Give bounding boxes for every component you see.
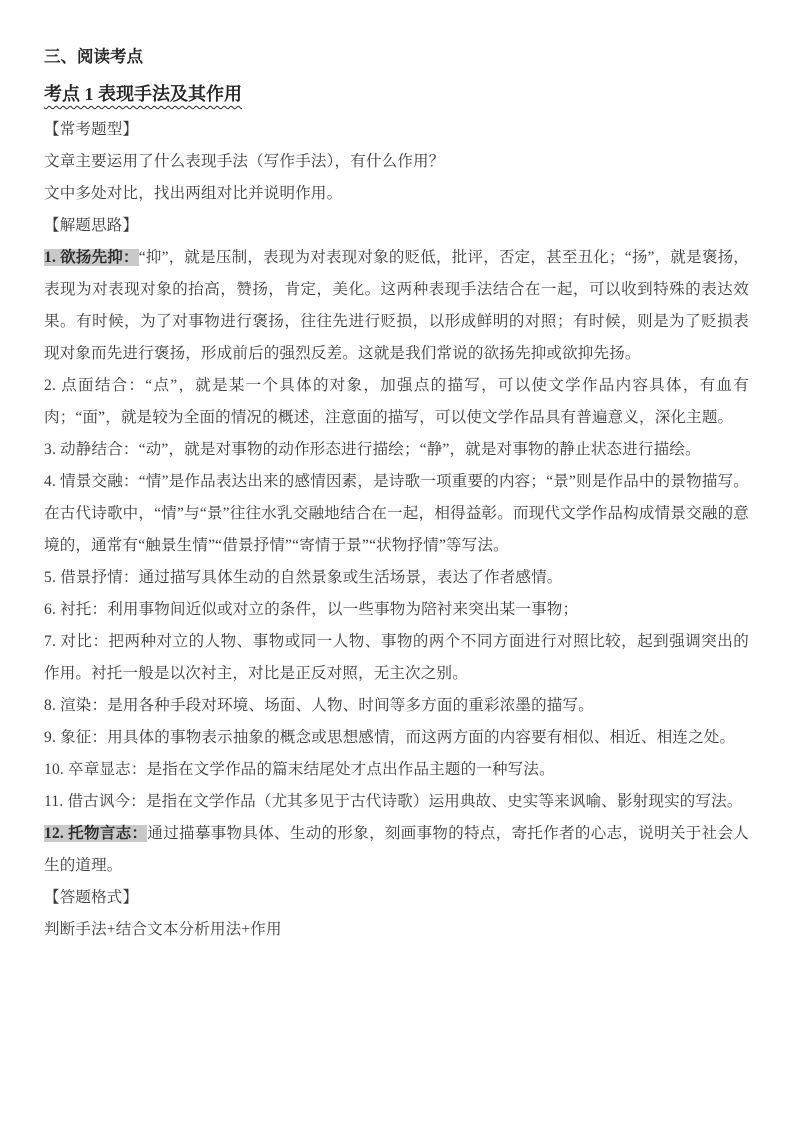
technique-item-5: 5. 借景抒情：通过描写具体生动的自然景象或生活场景，表达了作者感情。 bbox=[44, 562, 749, 594]
document-page: 三、阅读考点 考点 1 表现手法及其作用 【常考题型】 文章主要运用了什么表现手… bbox=[0, 0, 793, 1122]
technique-desc-9: 用具体的事物表示抽象的概念或思想感情，而这两方面的内容要有相似、相近、相连之处。 bbox=[107, 729, 735, 746]
technique-desc-3: “动”，就是对事物的动作形态进行描绘；“静”，就是对事物的静止状态进行描绘。 bbox=[139, 441, 701, 458]
technique-desc-4: “情”是作品表达出来的感情因素，是诗歌一项重要的内容；“景”则是作品中的景物描写… bbox=[44, 473, 749, 554]
technique-term-2: 2. 点面结合： bbox=[44, 377, 145, 394]
technique-desc-8: 是用各种手段对环境、场面、人物、时间等多方面的重彩浓墨的描写。 bbox=[107, 697, 594, 714]
technique-term-12: 12. 托物言志： bbox=[44, 825, 147, 842]
technique-desc-6: 利用事物间近似或对立的条件，以一些事物为陪衬来突出某一事物； bbox=[107, 601, 578, 618]
technique-term-6: 6. 衬托： bbox=[44, 601, 107, 618]
technique-item-4: 4. 情景交融：“情”是作品表达出来的感情因素，是诗歌一项重要的内容；“景”则是… bbox=[44, 466, 749, 562]
technique-item-8: 8. 渲染：是用各种手段对环境、场面、人物、时间等多方面的重彩浓墨的描写。 bbox=[44, 690, 749, 722]
technique-term-3: 3. 动静结合： bbox=[44, 441, 139, 458]
technique-term-1: 1. 欲扬先抑： bbox=[44, 249, 139, 266]
answer-format-label: 【答题格式】 bbox=[44, 882, 749, 914]
technique-item-9: 9. 象征：用具体的事物表示抽象的概念或思想感情，而这两方面的内容要有相似、相近… bbox=[44, 722, 749, 754]
section-heading: 三、阅读考点 bbox=[44, 40, 749, 74]
technique-item-6: 6. 衬托：利用事物间近似或对立的条件，以一些事物为陪衬来突出某一事物； bbox=[44, 594, 749, 626]
topic-heading-text: 考点 1 表现手法及其作用 bbox=[44, 84, 242, 104]
technique-item-12: 12. 托物言志：通过描摹事物具体、生动的形象，刻画事物的特点，寄托作者的心志，… bbox=[44, 818, 749, 882]
technique-term-9: 9. 象征： bbox=[44, 729, 107, 746]
solving-approach-label: 【解题思路】 bbox=[44, 210, 749, 242]
common-question-types-label: 【常考题型】 bbox=[44, 114, 749, 146]
technique-item-3: 3. 动静结合：“动”，就是对事物的动作形态进行描绘；“静”，就是对事物的静止状… bbox=[44, 434, 749, 466]
answer-format-text: 判断手法+结合文本分析用法+作用 bbox=[44, 914, 749, 946]
technique-desc-2: “点”，就是某一个具体的对象，加强点的描写，可以使文学作品内容具体，有血有肉；“… bbox=[44, 377, 749, 426]
technique-term-7: 7. 对比： bbox=[44, 633, 108, 650]
technique-term-4: 4. 情景交融： bbox=[44, 473, 139, 490]
technique-term-8: 8. 渲染： bbox=[44, 697, 107, 714]
technique-item-7: 7. 对比：把两种对立的人物、事物或同一人物、事物的两个不同方面进行对照比较，起… bbox=[44, 626, 749, 690]
technique-desc-1: “抑”，就是压制，表现为对表现对象的贬低，批评，否定，甚至丑化；“扬”，就是褒扬… bbox=[44, 249, 749, 362]
technique-item-10: 10. 卒章显志：是指在文学作品的篇末结尾处才点出作品主题的一种写法。 bbox=[44, 754, 749, 786]
question-type-2: 文中多处对比，找出两组对比并说明作用。 bbox=[44, 178, 749, 210]
topic-heading: 考点 1 表现手法及其作用 bbox=[44, 74, 749, 114]
question-type-1: 文章主要运用了什么表现手法（写作手法），有什么作用？ bbox=[44, 146, 749, 178]
technique-desc-5: 通过描写具体生动的自然景象或生活场景，表达了作者感情。 bbox=[139, 569, 563, 586]
technique-desc-10: 是指在文学作品的篇末结尾处才点出作品主题的一种写法。 bbox=[147, 761, 555, 778]
technique-item-1: 1. 欲扬先抑：“抑”，就是压制，表现为对表现对象的贬低，批评，否定，甚至丑化；… bbox=[44, 242, 749, 370]
technique-term-11: 11. 借古讽今： bbox=[44, 793, 146, 810]
technique-desc-12: 通过描摹事物具体、生动的形象，刻画事物的特点，寄托作者的心志，说明关于社会人生的… bbox=[44, 825, 749, 874]
technique-desc-11: 是指在文学作品（尤其多见于古代诗歌）运用典故、史实等来讽喻、影射现实的写法。 bbox=[146, 793, 743, 810]
technique-term-5: 5. 借景抒情： bbox=[44, 569, 139, 586]
technique-desc-7: 把两种对立的人物、事物或同一人物、事物的两个不同方面进行对照比较，起到强调突出的… bbox=[44, 633, 749, 682]
technique-item-11: 11. 借古讽今：是指在文学作品（尤其多见于古代诗歌）运用典故、史实等来讽喻、影… bbox=[44, 786, 749, 818]
technique-term-10: 10. 卒章显志： bbox=[44, 761, 147, 778]
technique-item-2: 2. 点面结合：“点”，就是某一个具体的对象，加强点的描写，可以使文学作品内容具… bbox=[44, 370, 749, 434]
